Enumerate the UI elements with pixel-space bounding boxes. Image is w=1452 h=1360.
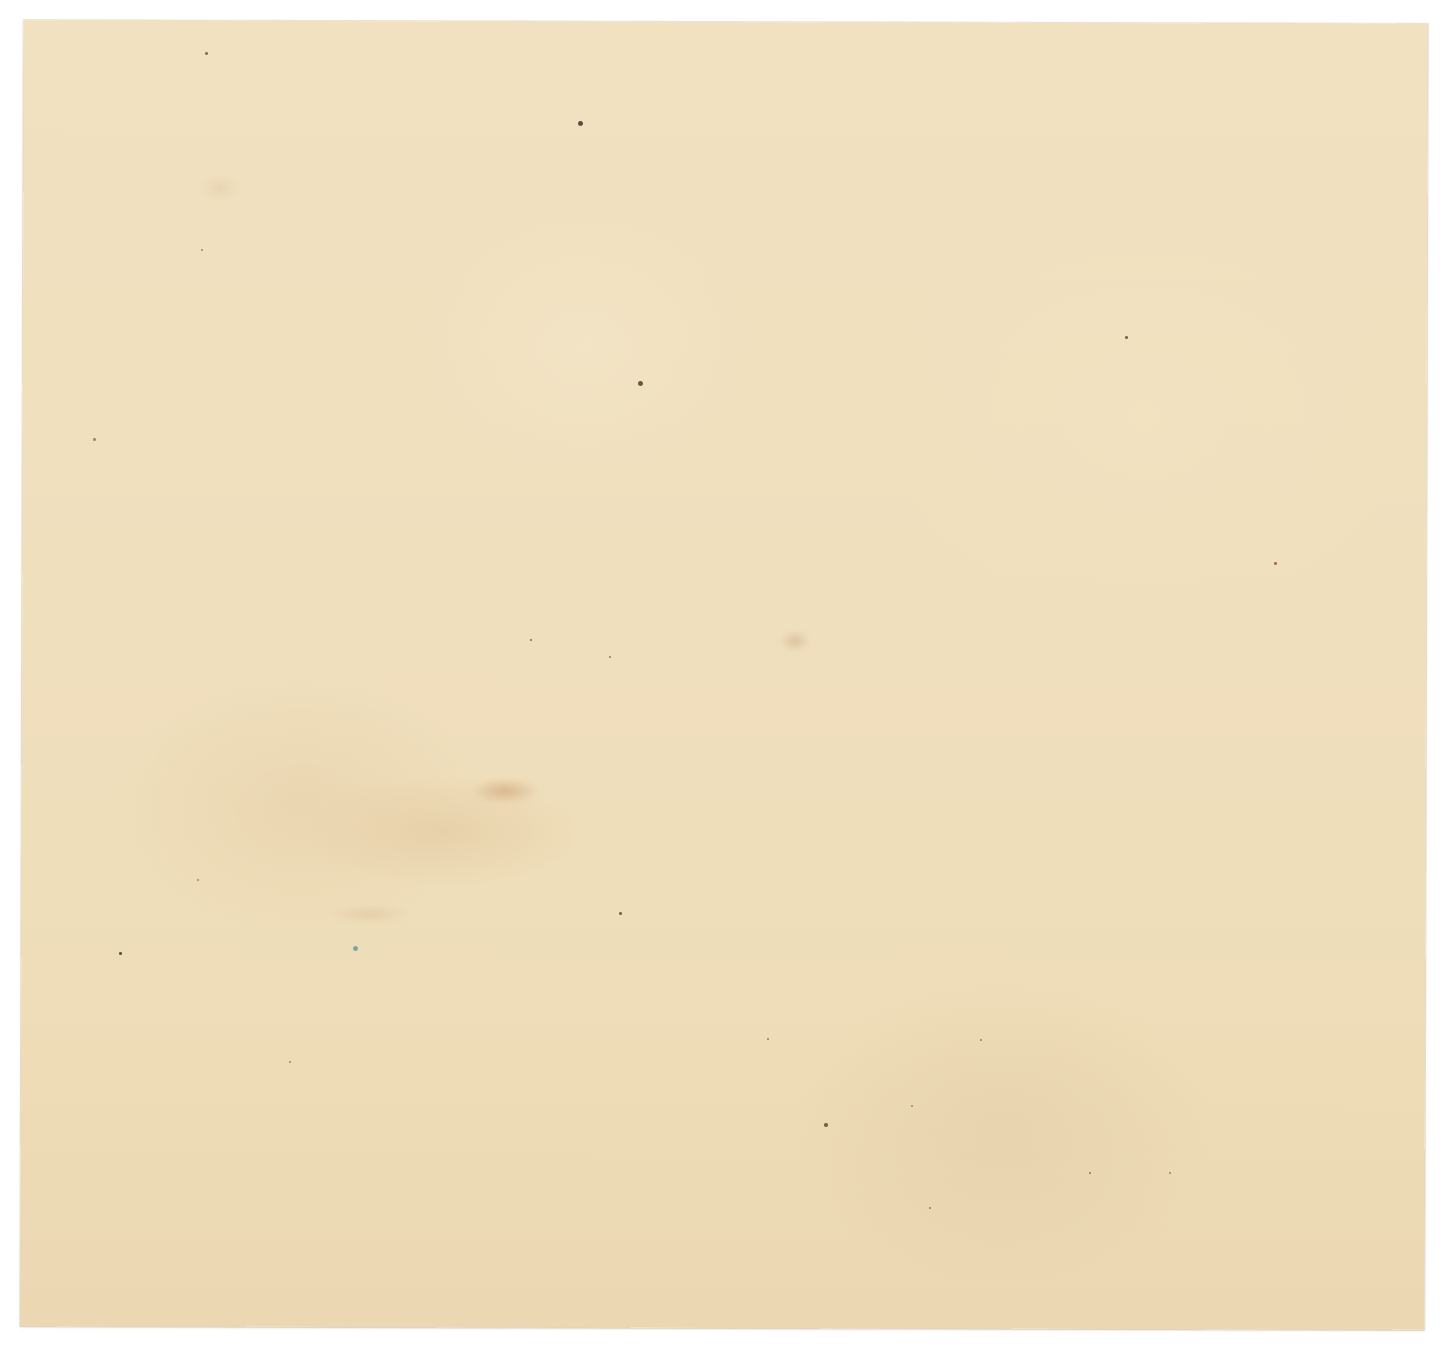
dust-speck: [1274, 562, 1277, 565]
dust-speck: [205, 52, 208, 55]
dust-speck: [1169, 1172, 1171, 1174]
dust-speck: [201, 249, 203, 251]
foxing-stain: [330, 905, 410, 923]
foxing-stain: [200, 175, 240, 201]
dust-speck: [929, 1207, 931, 1209]
dust-speck: [609, 656, 611, 658]
dust-speck: [767, 1038, 769, 1040]
dust-speck: [289, 1061, 291, 1063]
dust-speck: [638, 381, 643, 386]
dust-speck: [93, 438, 96, 441]
dust-speck: [578, 121, 583, 126]
dust-speck: [119, 952, 122, 955]
dust-speck: [911, 1105, 913, 1107]
foxing-stain: [780, 630, 810, 652]
dust-speck: [1125, 336, 1128, 339]
foxing-stain: [470, 778, 540, 804]
dust-speck: [197, 879, 199, 881]
dust-speck: [619, 912, 622, 915]
paper-sheet: [20, 20, 1427, 1330]
dust-speck: [1089, 1172, 1091, 1174]
dust-speck: [824, 1123, 828, 1127]
dust-speck: [530, 639, 532, 641]
dust-speck: [980, 1039, 982, 1041]
teal-ink-mark: [353, 946, 358, 951]
